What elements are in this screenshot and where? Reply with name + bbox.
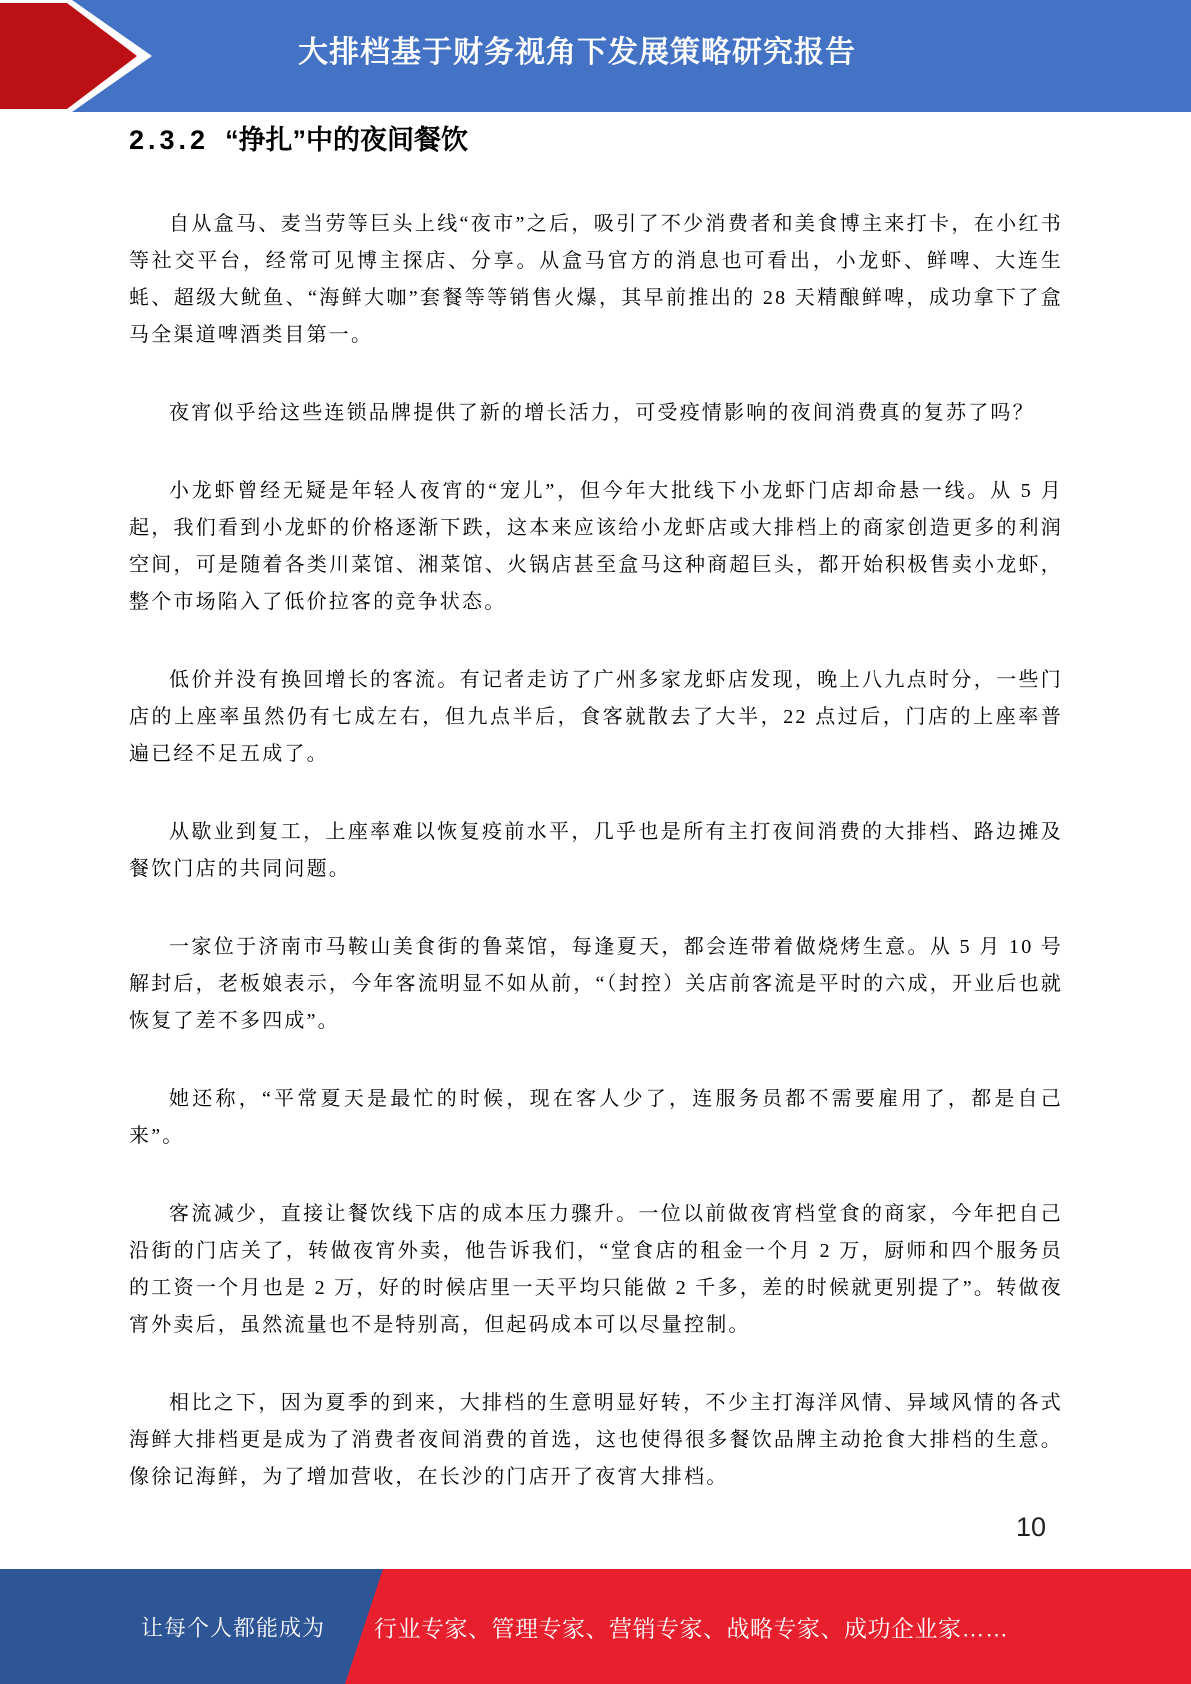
page-header-banner: 大排档基于财务视角下发展策略研究报告 bbox=[0, 0, 1191, 112]
page-number: 10 bbox=[1016, 1512, 1046, 1543]
body-paragraph: 客流减少，直接让餐饮线下店的成本压力骤升。一位以前做夜宵档堂食的商家，今年把自己… bbox=[129, 1196, 1063, 1344]
page-footer-banner: 让每个人都能成为 行业专家、管理专家、营销专家、战略专家、成功企业家…… bbox=[0, 1569, 1191, 1684]
body-paragraph: 小龙虾曾经无疑是年轻人夜宵的“宠儿”，但今年大批线下小龙虾门店却命悬一线。从 5… bbox=[129, 473, 1063, 621]
footer-slogan-main: 行业专家、管理专家、营销专家、战略专家、成功企业家…… bbox=[374, 1610, 1009, 1643]
body-paragraph: 从歇业到复工，上座率难以恢复疫前水平，几乎也是所有主打夜间消费的大排档、路边摊及… bbox=[129, 814, 1063, 888]
report-page: { "header": { "title": "大排档基于财务视角下发展策略研究… bbox=[0, 0, 1191, 1684]
body-paragraph: 夜宵似乎给这些连锁品牌提供了新的增长活力，可受疫情影响的夜间消费真的复苏了吗？ bbox=[129, 395, 1063, 432]
chevron-right-icon bbox=[0, 0, 160, 112]
section-heading: 2.3.2“挣扎”中的夜间餐饮 bbox=[129, 122, 1063, 158]
body-paragraph: 相比之下，因为夏季的到来，大排档的生意明显好转，不少主打海洋风情、异域风情的各式… bbox=[129, 1385, 1063, 1496]
section-title: “挣扎”中的夜间餐饮 bbox=[225, 125, 468, 155]
body-paragraph: 自从盒马、麦当劳等巨头上线“夜市”之后，吸引了不少消费者和美食博主来打卡，在小红… bbox=[129, 206, 1063, 354]
report-title: 大排档基于财务视角下发展策略研究报告 bbox=[298, 27, 856, 71]
body-paragraph: 低价并没有换回增长的客流。有记者走访了广州多家龙虾店发现，晚上八九点时分，一些门… bbox=[129, 662, 1063, 773]
body-paragraph: 一家位于济南市马鞍山美食街的鲁菜馆，每逢夏天，都会连带着做烧烤生意。从 5 月 … bbox=[129, 929, 1063, 1040]
document-body: 2.3.2“挣扎”中的夜间餐饮 自从盒马、麦当劳等巨头上线“夜市”之后，吸引了不… bbox=[129, 112, 1063, 1537]
footer-slogan-prefix: 让每个人都能成为 bbox=[141, 1611, 325, 1642]
section-number: 2.3.2 bbox=[129, 125, 209, 155]
body-paragraph: 她还称，“平常夏天是最忙的时候，现在客人少了，连服务员都不需要雇用了，都是自己来… bbox=[129, 1081, 1063, 1155]
